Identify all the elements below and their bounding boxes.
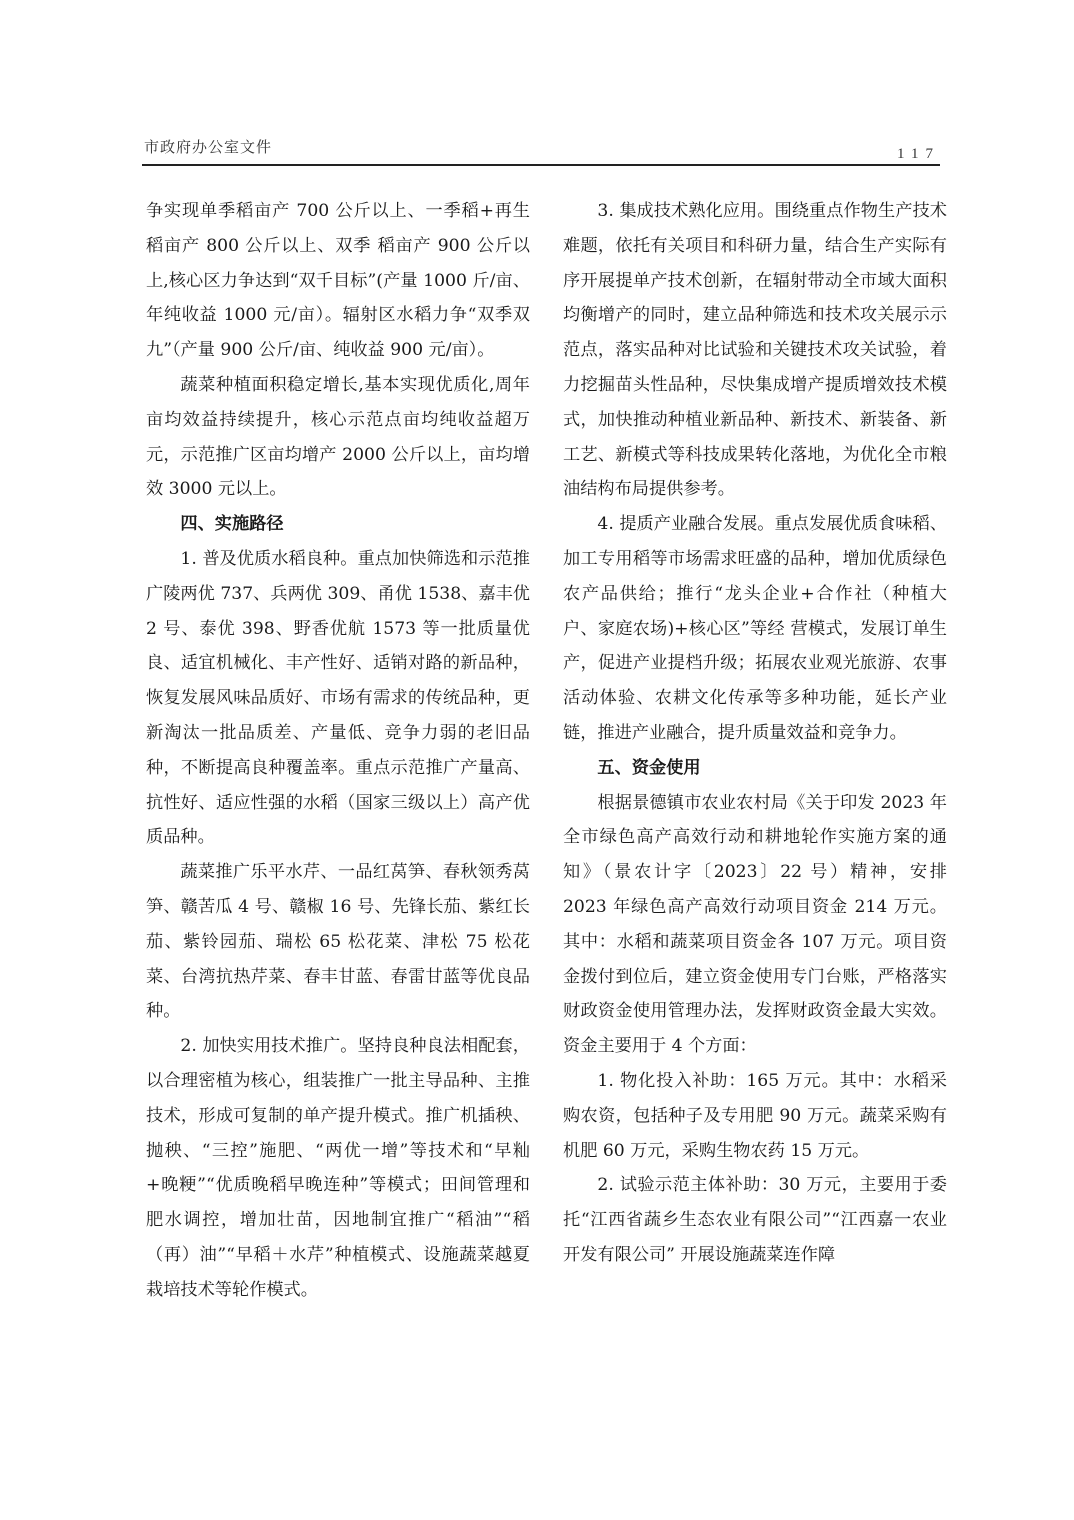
item-3-body: 围绕重点作物生产技术难题，依托有关项目和科研力量，结合生产实际有序开展提单产技术…	[563, 201, 947, 499]
paragraph-item-3: 3. 集成技术熟化应用。围绕重点作物生产技术难题，依托有关项目和科研力量，结合生…	[563, 194, 947, 507]
paragraph-item-4: 4. 提质产业融合发展。重点发展优质食味稻、加工专用稻等市场需求旺盛的品种，增加…	[563, 507, 947, 751]
fund-1-title: 1. 物化投入补助：	[597, 1071, 746, 1091]
paragraph-fund-1: 1. 物化投入补助：165 万元。其中：水稻采购农资，包括种子及专用肥 90 万…	[563, 1064, 947, 1168]
item-2-title: 2. 加快实用技术推广。	[180, 1036, 357, 1056]
item-4-body: 重点发展优质食味稻、加工专用稻等市场需求旺盛的品种，增加优质绿色农产品供给；推行…	[563, 514, 947, 743]
document-source-title: 市政府办公室文件	[144, 136, 272, 157]
item-2-body: 坚持良种良法相配套，以合理密植为核心，组装推广一批主导品种、主推技术，形成可复制…	[146, 1036, 530, 1300]
item-1-body: 重点加快筛选和示范推广陵两优 737、兵两优 309、甬优 1538、嘉丰优 2…	[146, 549, 530, 847]
item-3-title: 3. 集成技术熟化应用。	[597, 201, 774, 221]
paragraph-item-1: 1. 普及优质水稻良种。重点加快筛选和示范推广陵两优 737、兵两优 309、甬…	[146, 542, 530, 855]
paragraph-funds-overview: 根据景德镇市农业农村局《关于印发 2023 年全市绿色高产高效行动和耕地轮作实施…	[563, 786, 947, 1064]
section-heading-implementation: 四、实施路径	[146, 507, 530, 542]
paragraph-vegetable-targets: 蔬菜种植面积稳定增长,基本实现优质化,周年亩均效益持续提升，核心示范点亩均纯收益…	[146, 368, 530, 507]
paragraph-item-2: 2. 加快实用技术推广。坚持良种良法相配套，以合理密植为核心，组装推广一批主导品…	[146, 1029, 530, 1307]
paragraph-fund-2: 2. 试验示范主体补助：30 万元，主要用于委托“江西省蔬乡生态农业有限公司”“…	[563, 1168, 947, 1272]
page-number: 117	[897, 146, 940, 163]
page-header: 市政府办公室文件 117	[144, 132, 940, 164]
section-heading-funds: 五、资金使用	[563, 751, 947, 786]
fund-2-title: 2. 试验示范主体补助：	[597, 1175, 778, 1195]
item-1-title: 1. 普及优质水稻良种。	[180, 549, 357, 569]
right-column: 3. 集成技术熟化应用。围绕重点作物生产技术难题，依托有关项目和科研力量，结合生…	[563, 194, 947, 1273]
left-column: 争实现单季稻亩产 700 公斤以上、一季稻+再生稻亩产 800 公斤以上、双季 …	[146, 194, 530, 1308]
paragraph-vegetable-varieties: 蔬菜推广乐平水芹、一品红莴笋、春秋领秀莴笋、赣苦瓜 4 号、赣椒 16 号、先锋…	[146, 855, 530, 1029]
header-divider	[142, 164, 940, 166]
item-4-title: 4. 提质产业融合发展。	[597, 514, 774, 534]
paragraph-rice-targets: 争实现单季稻亩产 700 公斤以上、一季稻+再生稻亩产 800 公斤以上、双季 …	[146, 194, 530, 368]
